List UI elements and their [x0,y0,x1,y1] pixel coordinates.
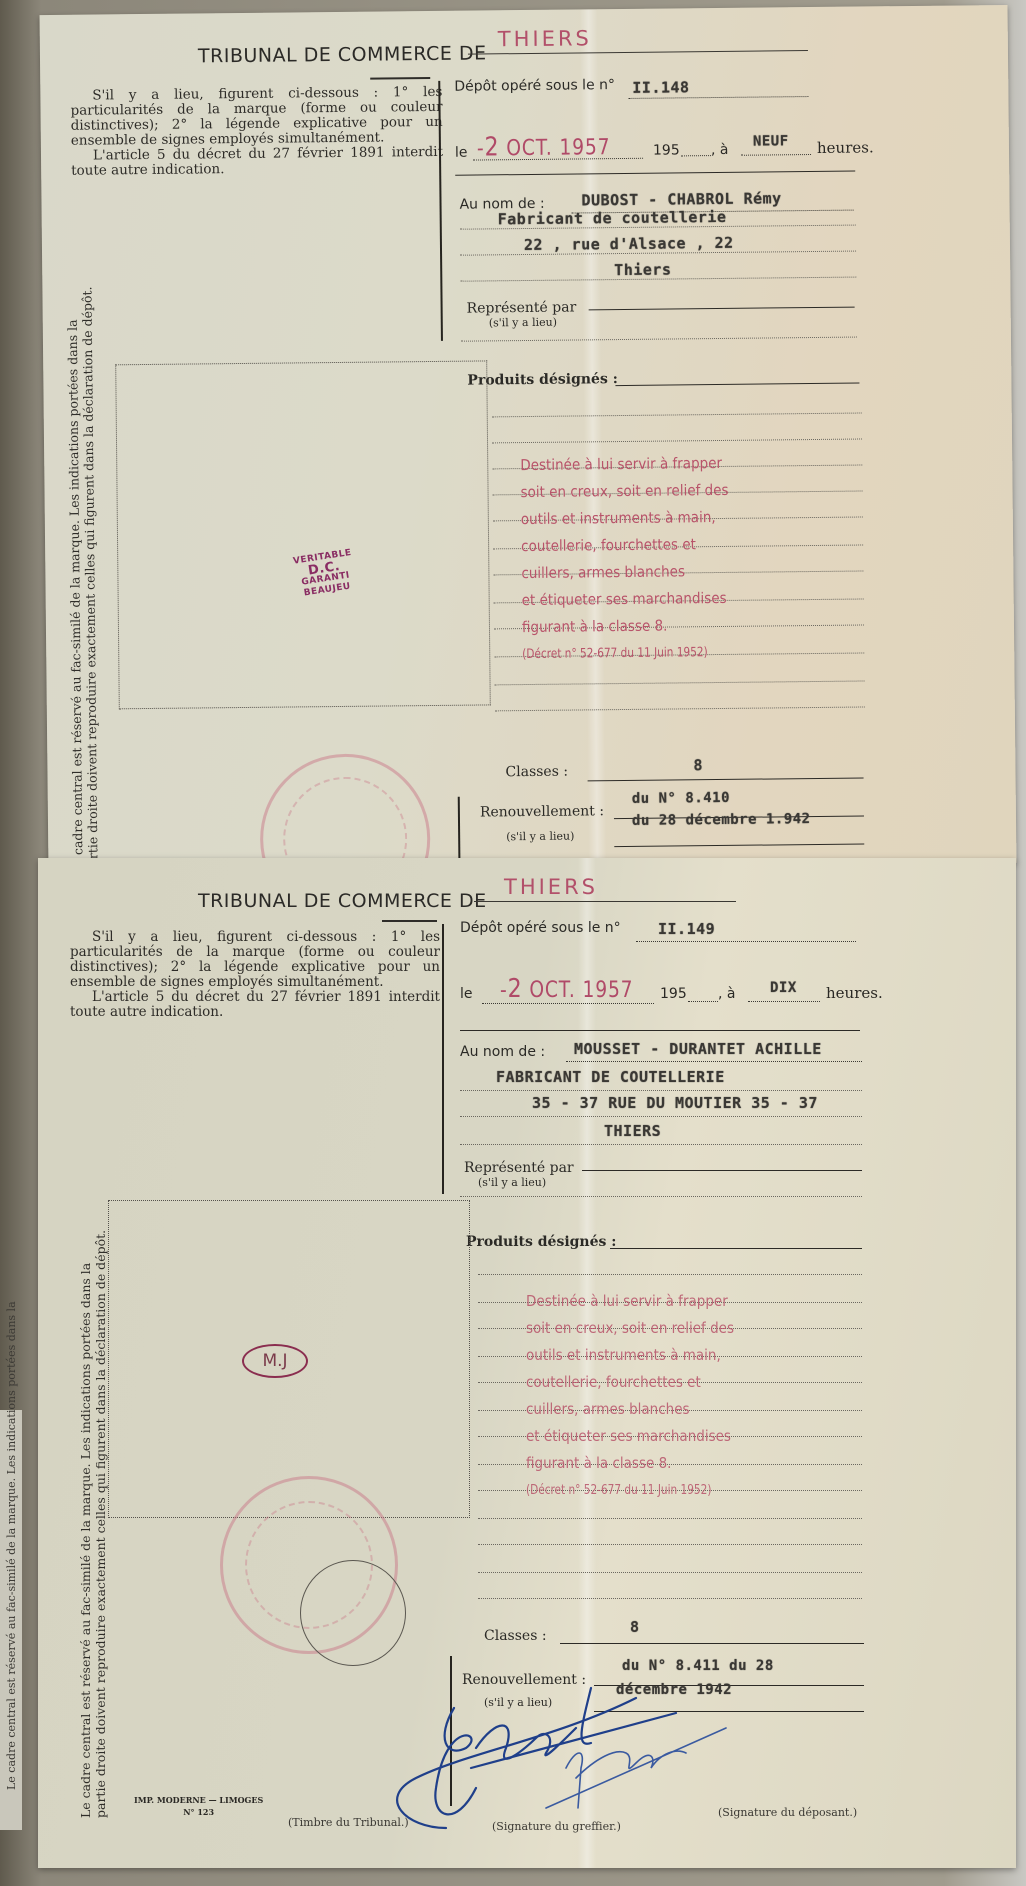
products-rule-11 [495,680,865,685]
mark-stamp-dc: VERITABLE D.C. GARANTI BEAUJEU [292,548,357,600]
representative-field[interactable] [582,1170,862,1171]
owner-line-3: 22 , rue d'Alsace , 22 [524,234,734,254]
city-field: THIERS [468,27,808,55]
header-rule [370,77,430,80]
city-field: THIERS [474,878,736,902]
header-rule [382,920,437,922]
year-suffix-field[interactable] [688,982,718,1002]
renewal-field-2[interactable]: du 28 décembre 1.942 [614,825,864,848]
caption-depositor-signature: (Signature du déposant.) [718,1806,857,1819]
classes-field[interactable]: 8 [560,1624,864,1644]
renewal-line-2: du 28 décembre 1.942 [632,811,811,829]
owner-field[interactable]: MOUSSET - DURANTET ACHILLE [566,1040,862,1062]
products-label: Produits désignés : [467,371,618,389]
products-stamp: Destinée à lui servir à frapper soit en … [520,450,730,668]
tribunal-seal-icon [259,753,431,873]
caption-clerk-signature: (Signature du greffier.) [492,1820,621,1833]
products-field[interactable] [610,1248,862,1249]
renewal-sublabel: (s'il y a lieu) [506,830,574,844]
representative-field[interactable] [589,307,855,311]
representative-line-2 [461,337,857,342]
column-divider [442,924,444,1194]
owner-name: DUBOST - CHABROL Rémy [581,189,781,209]
form-sheet-top: TRIBUNAL DE COMMERCE DE THIERS S'il y a … [40,5,1017,873]
caption-tribunal-stamp: (Timbre du Tribunal.) [288,1816,409,1829]
heures-label: heures. [817,138,874,157]
deposit-label: Dépôt opéré sous le n° [460,920,621,936]
owner-name: MOUSSET - DURANTET ACHILLE [574,1040,822,1058]
section-rule [460,1030,860,1031]
a-label: , à [711,142,729,158]
representative-line-2 [460,1196,862,1197]
classes-label: Classes : [484,1628,547,1644]
date-field[interactable]: -2 OCT. 1957 [473,135,643,161]
representative-sublabel: (s'il y a lieu) [478,1176,546,1189]
owner-line-4: Thiers [614,260,671,279]
owner-label: Au nom de : [460,1044,545,1060]
owner-line-2: FABRICANT DE COUTELLERIE [496,1068,725,1086]
owner-line-4: THIERS [604,1122,661,1140]
printer-imprint: IMP. MODERNE — LIMOGES N° 123 [134,1794,263,1818]
products-rule-11 [478,1544,862,1545]
products-field[interactable] [615,383,859,387]
representative-label: Représenté par [467,299,577,316]
products-rule-12 [478,1572,862,1573]
instructions: S'il y a lieu, figurent ci-dessous : 1° … [70,85,443,179]
products-rule-1 [478,1274,862,1275]
date-le-label: le [455,145,468,161]
instructions-p2: L'article 5 du décret du 27 février 1891… [70,990,440,1020]
representative-sublabel: (s'il y a lieu) [489,316,557,330]
classes-value: 8 [693,756,703,774]
owner-line-3: 35 - 37 RUE DU MOUTIER 35 - 37 [532,1094,818,1112]
renewal-line-1: du N° 8.410 [632,790,730,807]
deposit-number: II.149 [658,920,715,938]
heures-label: heures. [826,984,883,1002]
deposit-label: Dépôt opéré sous le n° [454,77,615,95]
products-rule-13 [478,1598,862,1599]
representative-label: Représenté par [464,1160,574,1176]
deposit-number-field[interactable]: II.148 [628,79,808,99]
owner-line-2: Fabricant de coutellerie [498,208,727,228]
hour-value: NEUF [753,133,789,149]
year-prefix: 195 [660,986,687,1002]
owner-line-4-rule [460,1144,862,1145]
underlying-sheet-edge: Le cadre central est réservé au fac-simi… [0,1410,22,1830]
form-title: TRIBUNAL DE COMMERCE DE [198,42,487,67]
products-label: Produits désignés : [466,1234,616,1250]
date-field[interactable]: -2 OCT. 1957 [482,978,654,1004]
section-rule [455,171,855,176]
mark-facsimile-frame [115,360,491,709]
renewal-divider [458,797,461,867]
products-rule-2 [492,439,862,444]
products-rule-10 [478,1518,862,1519]
year-suffix-field[interactable] [681,138,711,156]
vertical-note: Le cadre central est réservé au fac-simi… [64,286,100,873]
instructions-p1: S'il y a lieu, figurent ci-dessous : 1° … [70,930,440,990]
depositor-signature-icon [526,1708,736,1818]
instructions: S'il y a lieu, figurent ci-dessous : 1° … [70,930,440,1020]
hour-field[interactable]: DIX [748,982,820,1002]
renewal-label: Renouvellement : [480,803,604,820]
date-stamp: -2 OCT. 1957 [477,131,611,162]
city-value: THIERS [498,26,592,51]
classes-label: Classes : [505,764,568,781]
hour-value: DIX [770,980,797,996]
stamp-circle-outline [300,1560,406,1666]
products-stamp: Destinée à lui servir à frapper soit en … [526,1288,734,1504]
deposit-number: II.148 [632,78,689,97]
vertical-note: Le cadre central est réservé au fac-simi… [78,1230,108,1818]
classes-value: 8 [630,1618,640,1636]
year-prefix: 195 [653,142,680,158]
hour-field[interactable]: NEUF [741,135,811,156]
instructions-p2: L'article 5 du décret du 27 février 1891… [71,145,443,179]
instructions-p1: S'il y a lieu, figurent ci-dessous : 1° … [70,85,443,149]
products-rule-12 [495,706,865,711]
city-value: THIERS [504,875,598,899]
owner-line-2-rule [460,1090,862,1091]
mark-stamp-mj: M.J [242,1344,308,1378]
date-le-label: le [460,986,473,1002]
owner-line-3-rule [460,1116,862,1117]
classes-field[interactable]: 8 [587,759,863,782]
renewal-line-1: du N° 8.411 du 28 [622,1658,774,1674]
date-stamp: -2 OCT. 1957 [500,974,633,1004]
form-title: TRIBUNAL DE COMMERCE DE [198,890,487,912]
form-sheet-bottom: TRIBUNAL DE COMMERCE DE THIERS S'il y a … [38,858,1016,1868]
deposit-number-field[interactable]: II.149 [636,920,856,942]
a-label: , à [718,986,735,1002]
products-rule-1 [492,413,862,418]
